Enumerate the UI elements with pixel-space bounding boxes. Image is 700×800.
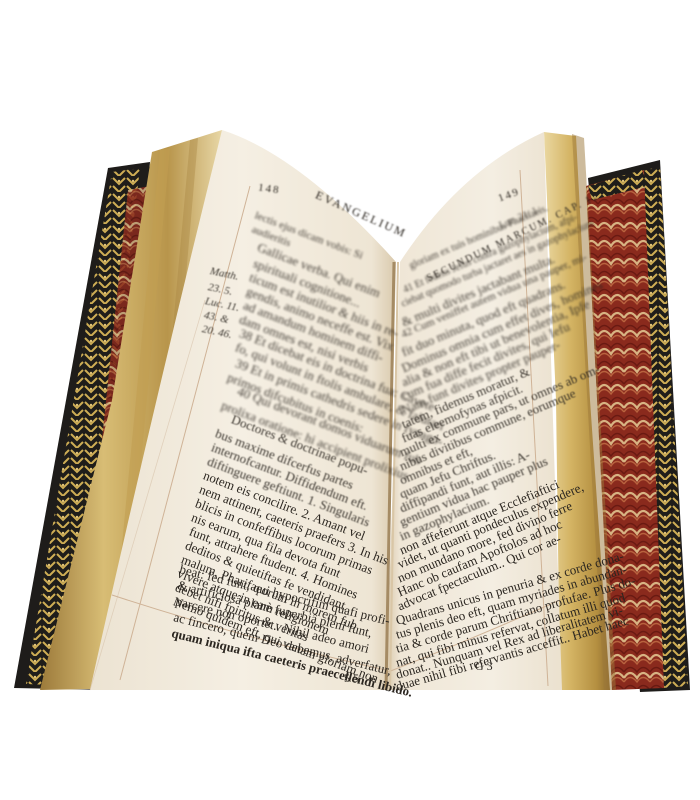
book-photo: 148 EVANGELIUM Matth. 23. 5. Luc. 11. 43…	[0, 0, 700, 800]
right-page-text: SECUNDUM MARCUM. CAP. 12. 149 gloriam ex…	[0, 0, 700, 800]
right-page-number: 149	[497, 186, 522, 204]
right-signature-mark: G 3	[475, 660, 493, 672]
